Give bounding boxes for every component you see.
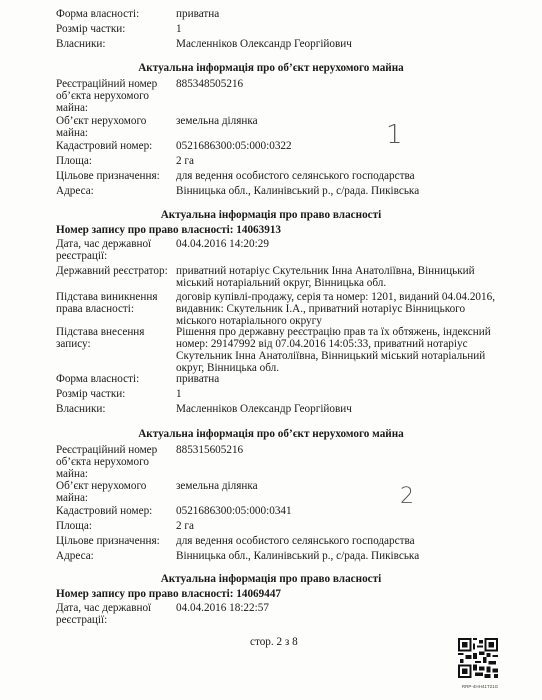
- section-heading-ownership: Актуальна інформація про право власності: [0, 573, 542, 585]
- value: для ведення особистого селянського госпо…: [176, 535, 496, 547]
- field-ownership-form: Форма власності:приватна: [56, 8, 496, 20]
- qr-code-label: RRP-4HH41T21G: [455, 684, 505, 689]
- field-registrar: Державний реєстратор:приватний нотаріус …: [56, 265, 496, 289]
- value: Вінницька обл., Калинівський р., с/рада.…: [176, 550, 496, 562]
- value: 0521686300:05:000:0322: [176, 140, 496, 152]
- value: 1: [176, 23, 496, 35]
- value: 2 га: [176, 520, 496, 532]
- label: Розмір частки:: [56, 23, 176, 35]
- label: Площа:: [56, 520, 176, 532]
- value: 0521686300:05:000:0341: [176, 505, 496, 517]
- field-ownership-basis: Підстава виникнення права власності:дого…: [56, 291, 496, 327]
- value: приватний нотаріус Скутельник Інна Анато…: [176, 265, 496, 289]
- value: Масленніков Олександр Георгійович: [176, 403, 496, 415]
- value: приватна: [176, 373, 496, 385]
- label: Цільове призначення:: [56, 170, 176, 182]
- value: Масленніков Олександр Георгійович: [176, 38, 496, 50]
- label: Об’єкт нерухомого майна:: [56, 480, 176, 504]
- field-address: Адреса:Вінницька обл., Калинівський р., …: [56, 550, 496, 562]
- field-share-size: Розмір частки:1: [56, 388, 496, 400]
- field-object-type: Об’єкт нерухомого майна:земельна ділянка: [56, 480, 496, 504]
- field-owners: Власники:Масленніков Олександр Георгійов…: [56, 403, 496, 415]
- field-purpose: Цільове призначення:для ведення особисто…: [56, 535, 496, 547]
- label: Площа:: [56, 155, 176, 167]
- label: Розмір частки:: [56, 388, 176, 400]
- field-area: Площа:2 га: [56, 520, 496, 532]
- field-address: Адреса:Вінницька обл., Калинівський р., …: [56, 185, 496, 197]
- value: земельна ділянка: [176, 480, 496, 504]
- label: Власники:: [56, 403, 176, 415]
- section-heading-ownership: Актуальна інформація про право власності: [0, 209, 542, 221]
- label: Підстава виникнення права власності:: [56, 291, 176, 327]
- label: Кадастровий номер:: [56, 505, 176, 517]
- label: Підстава внесення запису:: [56, 326, 176, 374]
- label: Форма власності:: [56, 373, 176, 385]
- field-registration-number: Реєстраційний номер об’єкта нерухомого м…: [56, 444, 496, 480]
- label: Державний реєстратор:: [56, 265, 176, 289]
- field-area: Площа:2 га: [56, 155, 496, 167]
- label: Цільове призначення:: [56, 535, 176, 547]
- field-cadastral-number: Кадастровий номер:0521686300:05:000:0341: [56, 505, 496, 517]
- label: Дата, час державної реєстрації:: [56, 602, 176, 626]
- label: Власники:: [56, 38, 176, 50]
- field-entry-basis: Підстава внесення запису:Рішення про дер…: [56, 326, 496, 374]
- field-cadastral-number: Кадастровий номер:0521686300:05:000:0322: [56, 140, 496, 152]
- field-share-size: Розмір частки:1: [56, 23, 496, 35]
- label: Адреса:: [56, 550, 176, 562]
- record-number: Номер запису про право власності: 140694…: [56, 588, 281, 600]
- value: 2 га: [176, 155, 496, 167]
- value: 885348505216: [176, 78, 496, 114]
- label: Дата, час державної реєстрації:: [56, 238, 176, 262]
- label: Кадастровий номер:: [56, 140, 176, 152]
- label: Форма власності:: [56, 8, 176, 20]
- value: 04.04.2016 18:22:57: [176, 602, 496, 626]
- field-object-type: Об’єкт нерухомого майна:земельна ділянка: [56, 115, 496, 139]
- value: Вінницька обл., Калинівський р., с/рада.…: [176, 185, 496, 197]
- handwritten-mark: 1: [386, 120, 403, 150]
- label: Адреса:: [56, 185, 176, 197]
- value: 04.04.2016 14:20:29: [176, 238, 496, 262]
- field-registration-date: Дата, час державної реєстрації:04.04.201…: [56, 238, 496, 262]
- value: договір купівлі-продажу, серія та номер:…: [176, 291, 496, 327]
- section-heading-object: Актуальна інформація про об’єкт нерухомо…: [0, 428, 542, 440]
- value: 885315605216: [176, 444, 496, 480]
- field-registration-number: Реєстраційний номер об’єкта нерухомого м…: [56, 78, 496, 114]
- handwritten-mark: 2: [400, 484, 414, 509]
- label: Реєстраційний номер об’єкта нерухомого м…: [56, 78, 176, 114]
- value: 1: [176, 388, 496, 400]
- field-owners: Власники:Масленніков Олександр Георгійов…: [56, 38, 496, 50]
- value: Рішення про державну реєстрацію прав та …: [176, 326, 496, 374]
- field-ownership-form: Форма власності:приватна: [56, 373, 496, 385]
- field-purpose: Цільове призначення:для ведення особисто…: [56, 170, 496, 182]
- label: Об’єкт нерухомого майна:: [56, 115, 176, 139]
- page-number: стор. 2 з 8: [250, 636, 298, 648]
- field-registration-date: Дата, час державної реєстрації:04.04.201…: [56, 602, 496, 626]
- value: для ведення особистого селянського госпо…: [176, 170, 496, 182]
- value: приватна: [176, 8, 496, 20]
- section-heading-object: Актуальна інформація про об’єкт нерухомо…: [0, 62, 542, 74]
- value: земельна ділянка: [176, 115, 496, 139]
- record-number: Номер запису про право власності: 140639…: [56, 224, 281, 236]
- qr-code-icon: [458, 638, 498, 678]
- label: Реєстраційний номер об’єкта нерухомого м…: [56, 444, 176, 480]
